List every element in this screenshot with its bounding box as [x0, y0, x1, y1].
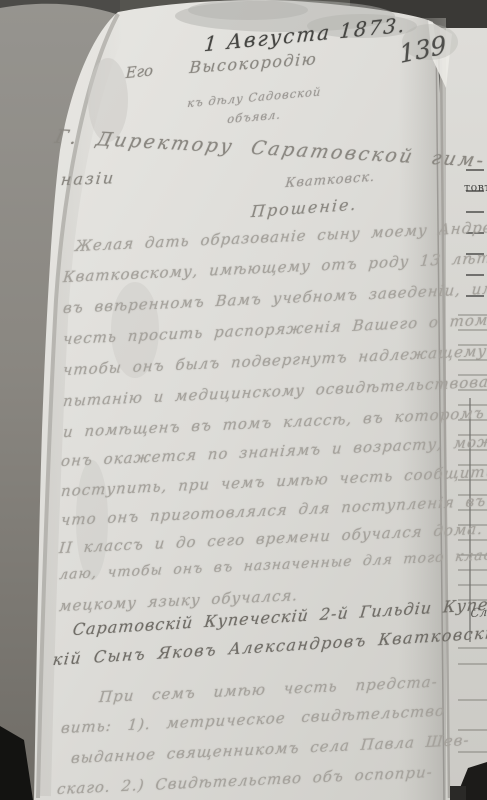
honorific-word-1: Его	[125, 61, 153, 82]
underlying-page-printed-fragment: товъ	[464, 181, 487, 194]
underlying-page-handwriting-fragment: Сл.	[470, 605, 487, 621]
addressee-line-2: назіи	[60, 168, 116, 189]
manuscript-photo: 1 Августа 1873. 139 Его Высокородію къ д…	[0, 0, 487, 800]
